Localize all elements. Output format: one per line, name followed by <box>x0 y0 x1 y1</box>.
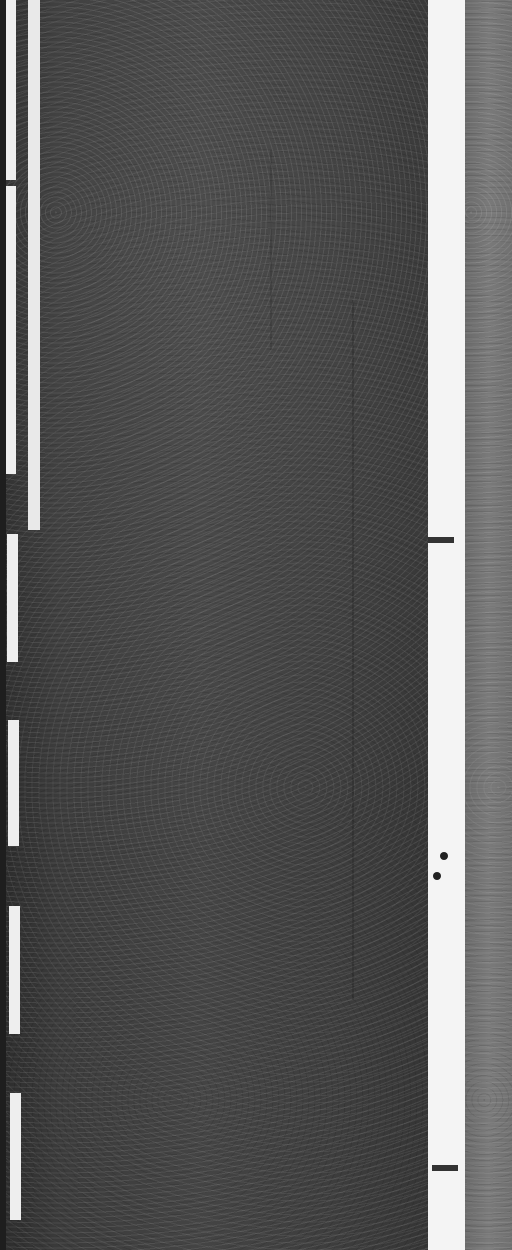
lane-dash <box>8 720 19 846</box>
asphalt-road-surface <box>0 0 430 1250</box>
road-crack <box>270 150 272 350</box>
road-crack <box>352 300 354 1000</box>
road-aerial-image: Aerial top-down view of an asphalt road … <box>0 0 512 1250</box>
asphalt-texture <box>0 0 430 1250</box>
lane-dash <box>6 186 16 474</box>
road-shoulder <box>465 0 512 1250</box>
road-edge-line <box>428 0 466 1250</box>
edge-line-gap <box>432 1165 458 1171</box>
lane-dash <box>10 1093 21 1220</box>
edge-line-gap <box>428 537 454 543</box>
lane-dash <box>6 0 16 180</box>
lane-dash <box>7 534 18 662</box>
road-spot <box>440 852 448 860</box>
shoulder-texture <box>465 0 512 1250</box>
lane-solid-segment <box>28 0 40 530</box>
lane-dash <box>9 906 20 1034</box>
road-spot <box>433 872 441 880</box>
